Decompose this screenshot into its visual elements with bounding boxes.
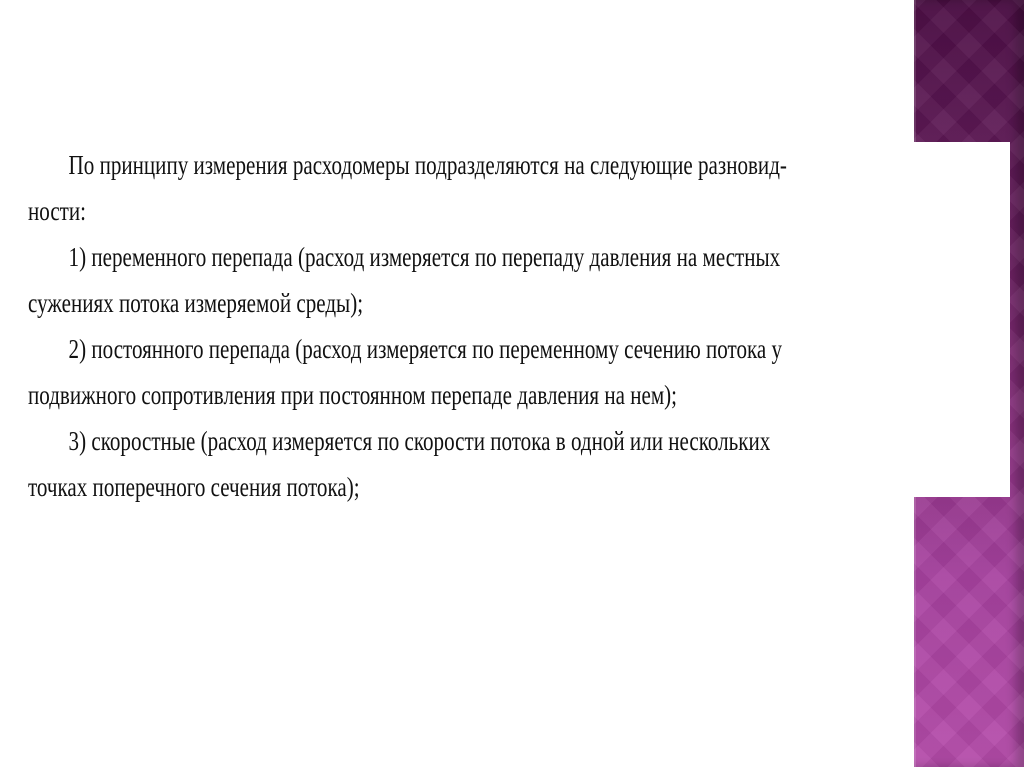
paragraph-line: 3) скоростные (расход измеряется по скор…	[69, 426, 771, 456]
paragraph-line: точках поперечного сечения потока);	[28, 472, 360, 502]
paragraph-intro: По принципу измерения расходомеры подраз…	[28, 142, 990, 234]
paragraph-item-3: 3) скоростные (расход измеряется по скор…	[28, 418, 990, 510]
paragraph-line: ности:	[28, 196, 86, 226]
paragraph-line: По принципу измерения расходомеры подраз…	[69, 150, 787, 180]
paragraph-line: 2) постоянного перепада (расход измеряет…	[69, 334, 782, 364]
paragraph-item-1: 1) переменного перепада (расход измеряет…	[28, 234, 990, 326]
scanned-text-image: По принципу измерения расходомеры подраз…	[0, 142, 1010, 497]
paragraph-item-2: 2) постоянного перепада (расход измеряет…	[28, 326, 990, 418]
paragraph-line: 1) переменного перепада (расход измеряет…	[69, 242, 781, 272]
scanned-text-body: По принципу измерения расходомеры подраз…	[28, 142, 990, 510]
paragraph-line: подвижного сопротивления при постоянном …	[28, 380, 677, 410]
paragraph-line: сужениях потока измеряемой среды);	[28, 288, 363, 318]
